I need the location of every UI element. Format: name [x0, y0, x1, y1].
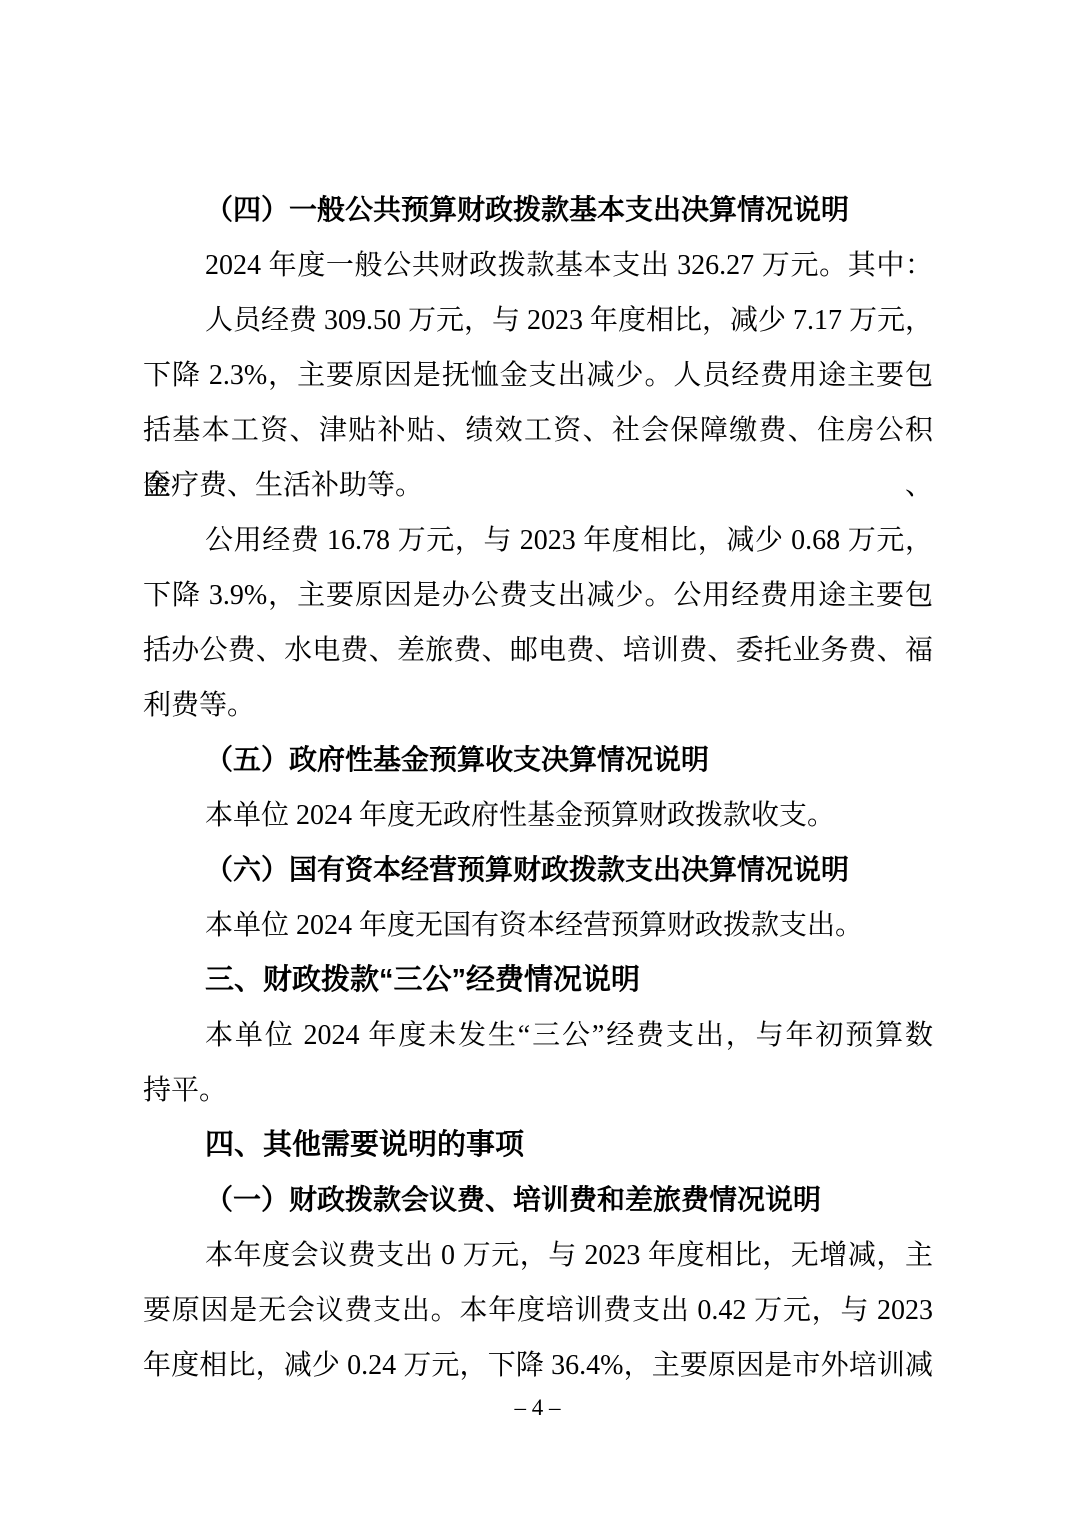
para-sec6-body: 本单位 2024 年度无国有资本经营预算财政拨款支出。	[143, 898, 933, 953]
page-number: – 4 –	[0, 1392, 1075, 1424]
para-public-exp-line1: 公用经费 16.78 万元，与 2023 年度相比，减少 0.68 万元，	[143, 513, 933, 568]
para-part3-line1: 本单位 2024 年度未发生“三公”经费支出，与年初预算数	[143, 1008, 933, 1063]
para-sec4-intro: 2024 年度一般公共财政拨款基本支出 326.27 万元。其中：	[143, 238, 933, 293]
para-fees-line1: 本年度会议费支出 0 万元，与 2023 年度相比，无增减，主	[143, 1228, 933, 1283]
heading-part4: 四、其他需要说明的事项	[143, 1118, 933, 1173]
heading-sec4: （四）一般公共预算财政拨款基本支出决算情况说明	[143, 183, 933, 238]
para-fees-line2: 要原因是无会议费支出。本年度培训费支出 0.42 万元，与 2023	[143, 1283, 933, 1338]
para-fees-line3: 年度相比，减少 0.24 万元，下降 36.4%，主要原因是市外培训减	[143, 1338, 933, 1393]
document-page: （四）一般公共预算财政拨款基本支出决算情况说明 2024 年度一般公共财政拨款基…	[0, 0, 1075, 1520]
para-part3-line2: 持平。	[143, 1063, 933, 1118]
para-personnel-line1: 人员经费 309.50 万元，与 2023 年度相比，减少 7.17 万元，	[143, 293, 933, 348]
para-personnel-line2: 下降 2.3%，主要原因是抚恤金支出减少。人员经费用途主要包	[143, 348, 933, 403]
para-public-exp-line2: 下降 3.9%，主要原因是办公费支出减少。公用经费用途主要包	[143, 568, 933, 623]
document-body: （四）一般公共预算财政拨款基本支出决算情况说明 2024 年度一般公共财政拨款基…	[143, 183, 933, 1393]
para-sec5-body: 本单位 2024 年度无政府性基金预算财政拨款收支。	[143, 788, 933, 843]
heading-sec5: （五）政府性基金预算收支决算情况说明	[143, 733, 933, 788]
heading-part3: 三、财政拨款“三公”经费情况说明	[143, 953, 933, 1008]
heading-sec1: （一）财政拨款会议费、培训费和差旅费情况说明	[143, 1173, 933, 1228]
para-personnel-line3: 括基本工资、津贴补贴、绩效工资、社会保障缴费、住房公积金、	[143, 403, 933, 458]
para-public-exp-line4: 利费等。	[143, 678, 933, 733]
heading-sec6: （六）国有资本经营预算财政拨款支出决算情况说明	[143, 843, 933, 898]
para-public-exp-line3: 括办公费、水电费、差旅费、邮电费、培训费、委托业务费、福	[143, 623, 933, 678]
